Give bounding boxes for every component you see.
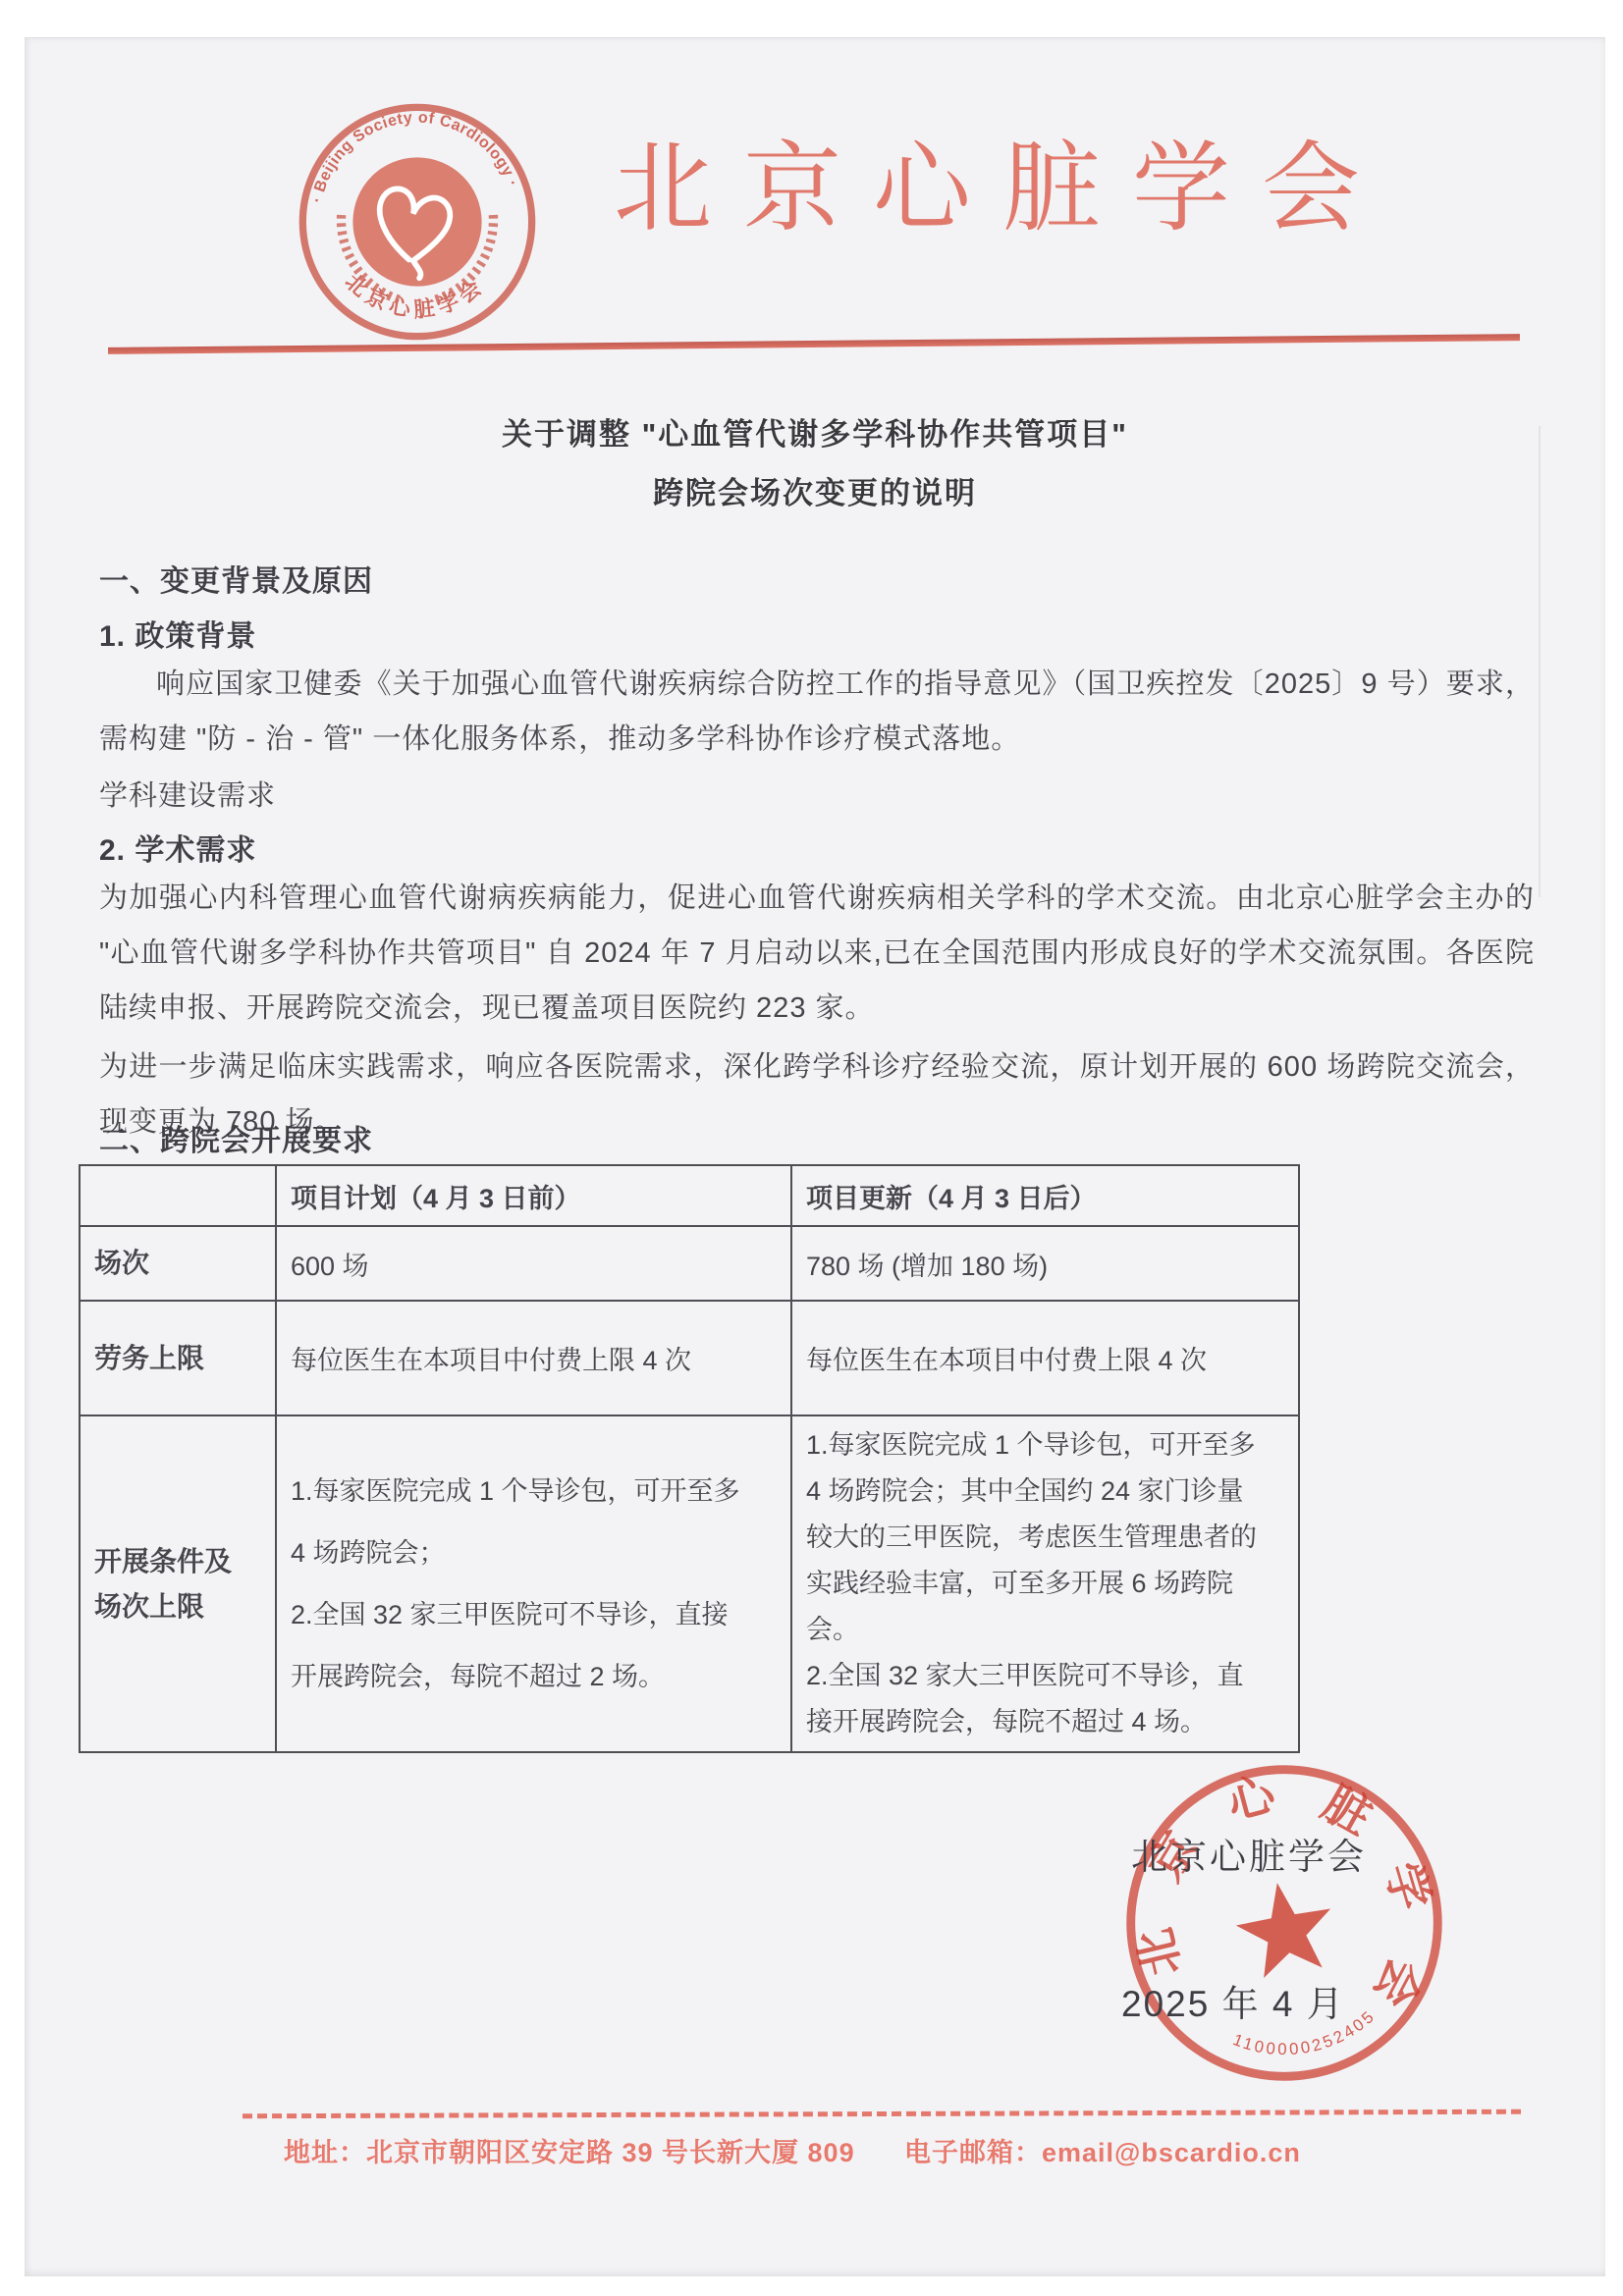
row-after-value: 780 场 (增加 180 场) [791,1226,1299,1301]
row-after-value: 每位医生在本项目中付费上限 4 次 [791,1301,1299,1415]
row-after-value: 1.每家医院完成 1 个导诊包，可开至多 4 场跨院会；其中全国约 24 家门诊… [791,1415,1299,1752]
address-value: 北京市朝阳区安定路 39 号长新大厦 809 [366,2138,855,2167]
footer-divider [243,2109,1521,2119]
table-row-fee-cap: 劳务上限 每位医生在本项目中付费上限 4 次 每位医生在本项目中付费上限 4 次 [80,1301,1299,1415]
doc-title-line1: 关于调整 "心血管代谢多学科协作共管项目" [25,409,1605,454]
scan-artifact-line [1539,426,1541,897]
row-before-value: 1.每家医院完成 1 个导诊包，可开至多 4 场跨院会； 2.全国 32 家三甲… [276,1415,791,1752]
section2-heading: 二、跨院会开展要求 [99,1116,373,1159]
policy-heading: 1. 政策背景 [99,612,256,655]
doc-title-line2: 跨院会场次变更的说明 [25,468,1605,512]
change-table: 项目计划（4 月 3 日前） 项目更新（4 月 3 日后） 场次 600 场 7… [79,1164,1300,1753]
row-before-value: 每位医生在本项目中付费上限 4 次 [276,1301,791,1415]
footer-address: 地址：北京市朝阳区安定路 39 号长新大厦 809 [284,2131,855,2169]
row-label: 场次 [80,1226,276,1301]
table-row-sessions: 场次 600 场 780 场 (增加 180 场) [80,1226,1299,1301]
footer-email: 电子邮箱：email@bscardio.cn [904,2131,1301,2169]
academic-heading: 2. 学术需求 [99,826,256,869]
email-value: email@bscardio.cn [1042,2138,1301,2167]
policy-fragment: 学科建设需求 [99,769,1535,824]
official-stamp-seal: 北京心脏学会 1100000252405 [1082,1721,1487,2125]
header-before-cell: 项目计划（4 月 3 日前） [276,1165,791,1226]
section1-heading: 一、变更背景及原因 [99,557,373,600]
row-label: 开展条件及 场次上限 [80,1415,276,1752]
header-after-cell: 项目更新（4 月 3 日后） [791,1165,1299,1226]
header-blank-cell [80,1165,276,1226]
row-label: 劳务上限 [80,1301,276,1415]
stamp-star-icon [1230,1875,1341,1982]
policy-paragraph: 响应国家卫健委《关于加强心血管代谢疾病综合防控工作的指导意见》（国卫疾控发〔20… [99,657,1535,767]
email-label: 电子邮箱： [904,2138,1042,2167]
academic-paragraph-1: 为加强心内科管理心血管代谢病疾病能力，促进心血管代谢疾病相关学科的学术交流。由北… [99,871,1535,1036]
signature-org: 北京心脏学会 [1131,1827,1367,1880]
table-header-row: 项目计划（4 月 3 日前） 项目更新（4 月 3 日后） [80,1165,1299,1226]
society-logo-seal: · Beijing Society of Cardiology · 北京心脏学会 [295,99,540,345]
document-page: · Beijing Society of Cardiology · 北京心脏学会… [25,37,1605,2276]
row-before-value: 600 场 [276,1226,791,1301]
signature-date: 2025 年 4 月 [1121,1974,1345,2027]
address-label: 地址： [284,2138,366,2167]
table-row-conditions: 开展条件及 场次上限 1.每家医院完成 1 个导诊包，可开至多 4 场跨院会； … [80,1415,1299,1752]
org-title: 北京心脏学会 [614,109,1380,250]
